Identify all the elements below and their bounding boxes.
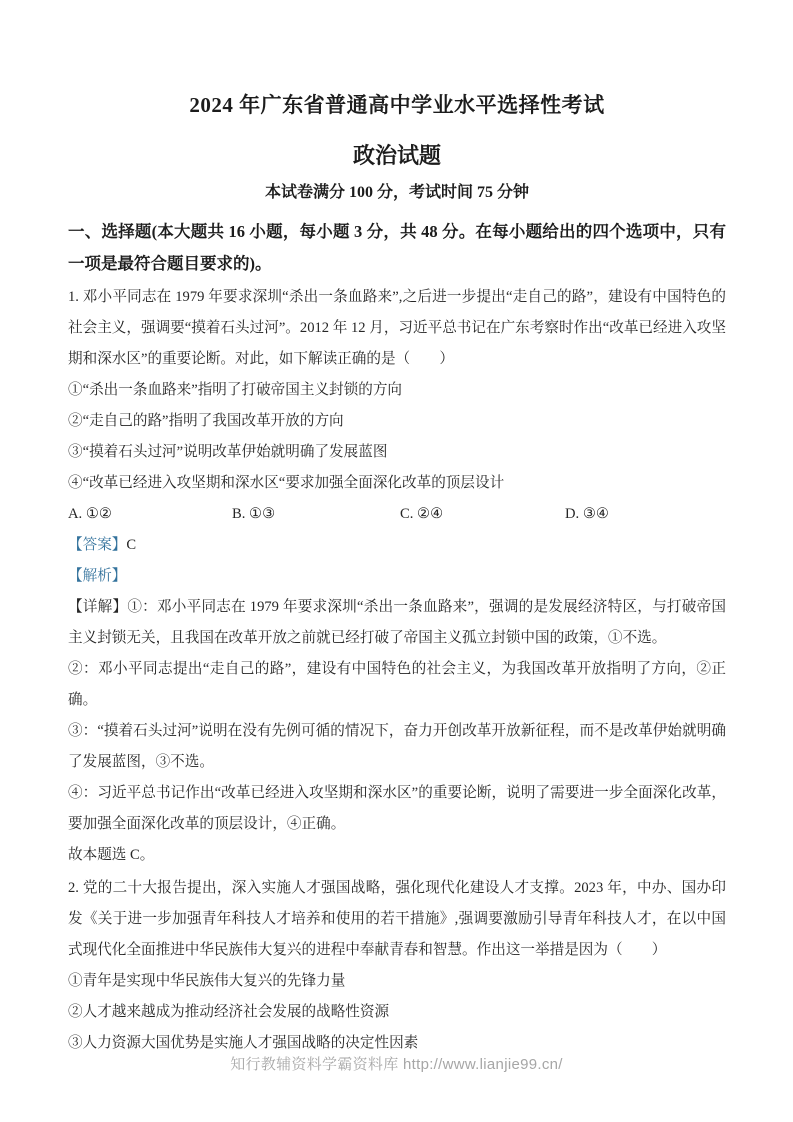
- detail-paragraph: 【详解】①：邓小平同志在 1979 年要求深圳“杀出一条血路来”，强调的是发展经…: [68, 592, 726, 654]
- choice-a: A. ①②: [68, 499, 232, 530]
- statement-line: ②“走自己的路”指明了我国改革开放的方向: [68, 406, 726, 437]
- section-heading: 一、选择题(本大题共 16 小题，每小题 3 分，共 48 分。在每小题给出的四…: [68, 216, 726, 280]
- question-2-stem: 2. 党的二十大报告提出，深入实施人才强国战略，强化现代化建设人才支撑。2023…: [68, 873, 726, 966]
- choice-c: C. ②④: [400, 499, 565, 530]
- conclusion-line: 故本题选 C。: [68, 840, 726, 871]
- detail-paragraph: ②：邓小平同志提出“走自己的路”，建设有中国特色的社会主义，为我国改革开放指明了…: [68, 654, 726, 716]
- choice-b: B. ①③: [232, 499, 400, 530]
- statement-line: ①青年是实现中华民族伟大复兴的先锋力量: [68, 966, 726, 997]
- footer-link[interactable]: 知行教辅资料学霸资料库 http://www.lianjie99.cn/: [230, 1056, 563, 1073]
- detail-paragraph: ③：“摸着石头过河”说明在没有先例可循的情况下，奋力开创改革开放新征程，而不是改…: [68, 716, 726, 778]
- statement-line: ①“杀出一条血路来”指明了打破帝国主义封锁的方向: [68, 375, 726, 406]
- detail-label: 【详解】: [68, 599, 127, 615]
- choices-row: A. ①② B. ①③ C. ②④ D. ③④: [68, 499, 726, 530]
- statement-line: ②人才越来越成为推动经济社会发展的战略性资源: [68, 997, 726, 1028]
- question-1-stem: 1. 邓小平同志在 1979 年要求深圳“杀出一条血路来”,之后进一步提出“走自…: [68, 282, 726, 375]
- exam-title: 2024 年广东省普通高中学业水平选择性考试: [68, 92, 726, 118]
- page-footer: 知行教辅资料学霸资料库 http://www.lianjie99.cn/: [0, 1053, 793, 1074]
- choice-d: D. ③④: [565, 499, 726, 530]
- question-2: 2. 党的二十大报告提出，深入实施人才强国战略，强化现代化建设人才支撑。2023…: [68, 873, 726, 1059]
- page-content: 2024 年广东省普通高中学业水平选择性考试 政治试题 本试卷满分 100 分，…: [0, 0, 793, 1059]
- answer-line: 【答案】C: [68, 530, 726, 561]
- exam-page: 2024 年广东省普通高中学业水平选择性考试 政治试题 本试卷满分 100 分，…: [0, 0, 793, 1122]
- analysis-line: 【解析】: [68, 561, 726, 592]
- answer-label: 【答案】: [68, 537, 126, 553]
- detail-text: ①：邓小平同志在 1979 年要求深圳“杀出一条血路来”，强调的是发展经济特区，…: [68, 599, 726, 646]
- statement-line: ④“改革已经进入攻坚期和深水区“要求加强全面深化改革的顶层设计: [68, 468, 726, 499]
- subject-title: 政治试题: [68, 142, 726, 170]
- answer-value: C: [126, 537, 136, 553]
- detail-paragraph: ④：习近平总书记作出“改革已经进入攻坚期和深水区”的重要论断，说明了需要进一步全…: [68, 778, 726, 840]
- question-1: 1. 邓小平同志在 1979 年要求深圳“杀出一条血路来”,之后进一步提出“走自…: [68, 282, 726, 871]
- statement-line: ③“摸着石头过河”说明改革伊始就明确了发展蓝图: [68, 437, 726, 468]
- exam-info: 本试卷满分 100 分，考试时间 75 分钟: [68, 182, 726, 204]
- analysis-label: 【解析】: [68, 568, 126, 584]
